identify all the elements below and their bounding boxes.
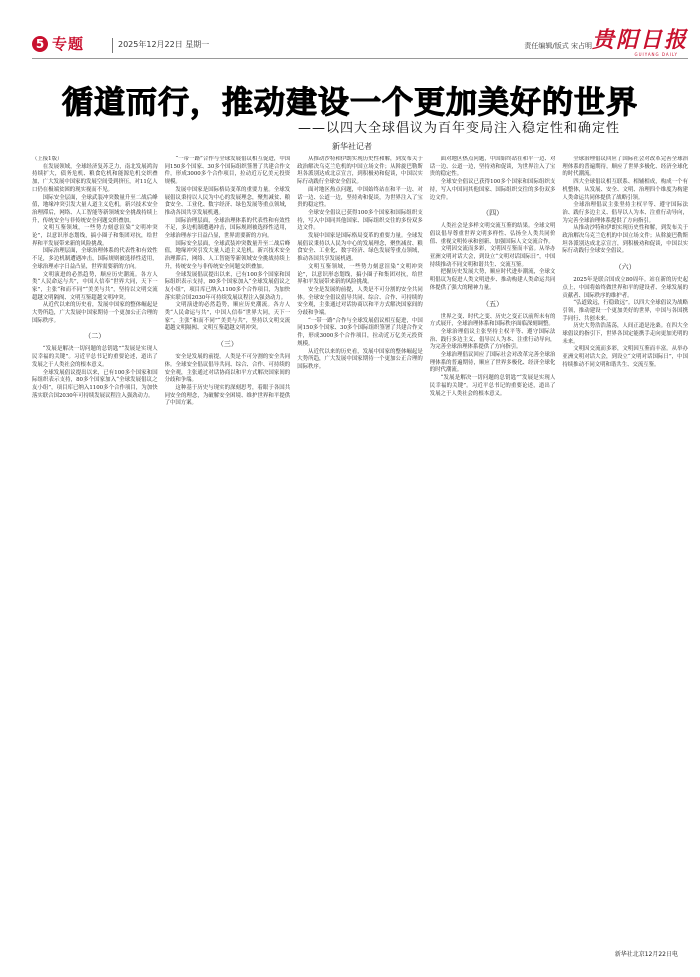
paragraph: “一带一路”合作与全球发展倡议相互促进，中国同150多个国家、30多个国际组织签… <box>297 318 423 349</box>
paragraph: 安全是发展的前提，人类是不可分割的安全共同体。全球安全倡议倡导共同、综合、合作、… <box>297 287 423 318</box>
paragraph: 面对地区热点问题，中国始终站在和平一边、对话一边、公道一边，坚持劝和促谈，为世界… <box>430 156 556 179</box>
continued-from-label: （上接1版） <box>32 156 158 164</box>
header-divider <box>112 38 113 53</box>
paragraph: 文明因交流而多彩，文明因互鉴而丰富。从举办亚洲文明对话大会，到设立“文明对话国际… <box>562 346 688 369</box>
section-title: 专题 <box>52 35 84 53</box>
paragraph: 全球发展倡议提出以来，已有100多个国家和国际组织表示支持，80多个国家加入“全… <box>32 370 158 401</box>
paragraph: 全球治理倡议主张坚持主权平等、遵守国际法治、践行多边主义、倡导以人为本、注重行动… <box>430 329 556 352</box>
page-number-badge: 5 <box>32 36 48 52</box>
paragraph: 国际治理层面，全球治理体系的代表性和有效性不足，多边机制遭遇冲击，国际规则被选择… <box>32 248 158 271</box>
newspaper-logo: 贵阳日报 <box>592 28 688 52</box>
paragraph: “发展是解决一切问题的总钥匙”“发展是实现人民幸福的关键”。习近平总书记的重要论… <box>430 375 556 398</box>
text-column-3: 从推动沙特和伊朗实现历史性和解，到发布关于政治解决乌克兰危机的中国立场文件；从斡… <box>297 156 423 953</box>
paragraph: 全球治理倡议回应了国际社会对改革完善全球治理体系的普遍期待，顺应了世界多极化、经… <box>562 156 688 179</box>
section-marker-5: （五） <box>430 296 556 312</box>
paragraph: 国际安全层面，全球武装冲突数量升至二战后峰值，地缘冲突引发大量人道主义危机。新兴… <box>32 195 158 226</box>
paragraph: 全球治理倡议主张坚持主权平等、遵守国际法治、践行多边主义、倡导以人为本、注重行动… <box>562 202 688 225</box>
section-marker-3: （三） <box>165 336 291 352</box>
article-body: （上接1版） 在发展领域，全球经济复苏乏力，南北发展鸿沟持续扩大，债务危机、粮食… <box>32 156 688 953</box>
paragraph: “一带一路”合作与全球发展倡议相互促进，中国同150多个国家、30多个国际组织签… <box>165 156 291 187</box>
paragraph: 安全是发展的前提，人类是不可分割的安全共同体。全球安全倡议倡导共同、综合、合作、… <box>165 354 291 385</box>
paragraph: 2025年是联合国成立80周年。站在新的历史起点上，中国将始终做世界和平的建设者… <box>562 277 688 300</box>
section-marker-2: （二） <box>32 328 158 344</box>
article-headline: 循道而行，推动建设一个更加美好的世界 <box>0 84 700 122</box>
text-column-2: “一带一路”合作与全球发展倡议相互促进，中国同150多个国家、30多个国际组织签… <box>165 156 291 953</box>
paragraph: 文明因交流而多彩，文明因互鉴而丰富。从举办亚洲文明对话大会，到设立“文明对话国际… <box>430 246 556 269</box>
text-column-5: 全球治理倡议回应了国际社会对改革完善全球治理体系的普遍期待，顺应了世界多极化、经… <box>562 156 688 953</box>
paragraph: 文明互鉴领域，一些势力刻意渲染“文明冲突论”，以意识形态划线，搞小圈子和集团对抗… <box>32 225 158 248</box>
paragraph: 从推动沙特和伊朗实现历史性和解，到发布关于政治解决乌克兰危机的中国立场文件；从斡… <box>297 156 423 187</box>
paragraph: 面对地区热点问题，中国始终站在和平一边、对话一边、公道一边，坚持劝和促谈，为世界… <box>297 187 423 210</box>
article-subheadline: ——以四大全球倡议为百年变局注入稳定性和确定性 <box>0 120 620 138</box>
section-marker-6: （六） <box>562 259 688 275</box>
issue-date: 2025年12月22日 星期一 <box>118 40 209 50</box>
paragraph: 全球发展倡议提出以来，已有100多个国家和国际组织表示支持，80多个国家加入“全… <box>165 272 291 303</box>
article-byline: 新华社记者 <box>332 142 372 152</box>
paragraph: “弘道致远，行稳致远”。以四大全球倡议为战略引领，推动建设一个更加美好的世界，中… <box>562 300 688 323</box>
paragraph: 从近代以来的历史看，发展中国家的整体崛起是大势所趋，广大发展中国家期待一个更加公… <box>32 302 158 325</box>
paragraph: “发展是解决一切问题的总钥匙”“发展是实现人民幸福的关键”。习近平总书记的重要论… <box>32 346 158 369</box>
paragraph: 发展中国家是国际格局变革的重要力量。全球发展倡议秉持以人民为中心的发展理念，聚焦… <box>297 233 423 264</box>
paragraph: 国际安全层面，全球武装冲突数量升至二战后峰值，地缘冲突引发大量人道主义危机。新兴… <box>165 241 291 272</box>
paragraph: 文明演进的必然趋势，顺应历史潮流。各方人类“人民命运与共”，中国人信奉“世界大同… <box>32 272 158 303</box>
paragraph: 全球安全倡议已获得100多个国家和国际组织支持，写入中国同其他国家、国际组织交往… <box>430 179 556 202</box>
paragraph: 世界之变、时代之变、历史之变正以前所未有的方式展开，全球治理体系和国际秩序面临深… <box>430 314 556 329</box>
paragraph: 把握历史发展大势，顺应时代进步潮流，全球文明倡议为促进人类文明进步、推动构建人类… <box>430 269 556 292</box>
article-dateline: 新华社北京12月22日电 <box>615 951 678 959</box>
text-column-4: 面对地区热点问题，中国始终站在和平一边、对话一边、公道一边，坚持劝和促谈，为世界… <box>430 156 556 953</box>
section-marker-4: （四） <box>430 205 556 221</box>
paragraph: 全球安全倡议已获得100多个国家和国际组织支持，写入中国同其他国家、国际组织交往… <box>297 210 423 233</box>
paragraph: 在发展领域，全球经济复苏乏力，南北发展鸿沟持续扩大，债务危机、粮食危机和能源危机… <box>32 164 158 195</box>
paragraph: 历史大势浩浩荡荡，人间正道是沧桑。在四大全球倡议的指引下，世界各国定能携手走向更… <box>562 323 688 346</box>
paragraph: 这种基于历史与现实的深刻思考，着眼于各国共同安全的理念，为破解安全困境、维护世界… <box>165 385 291 408</box>
paragraph: 人类社会是多样文明交流互鉴的结果。全球文明倡议倡导尊重世界文明多样性、弘扬全人类… <box>430 223 556 246</box>
paragraph: 国际治理层面，全球治理体系的代表性和有效性不足，多边机制遭遇冲击，国际规则被选择… <box>165 218 291 241</box>
paragraph: 从推动沙特和伊朗实现历史性和解，到发布关于政治解决乌克兰危机的中国立场文件；从斡… <box>562 225 688 256</box>
paragraph: 文明互鉴领域，一些势力刻意渲染“文明冲突论”，以意识形态划线，搞小圈子和集团对抗… <box>297 264 423 287</box>
text-column-1: （上接1版） 在发展领域，全球经济复苏乏力，南北发展鸿沟持续扩大，债务危机、粮食… <box>32 156 158 953</box>
paragraph: 全球治理倡议回应了国际社会对改革完善全球治理体系的普遍期待，顺应了世界多极化、经… <box>430 352 556 375</box>
masthead: 5 专题 2025年12月22日 星期一 责任编辑/版式 宋占明 贵阳日报 GU… <box>32 36 688 59</box>
paragraph: 文明演进的必然趋势，顺应历史潮流。各方人类“人民命运与共”，中国人信奉“世界大同… <box>165 302 291 333</box>
paragraph: 发展中国家是国际格局变革的重要力量。全球发展倡议秉持以人民为中心的发展理念，聚焦… <box>165 187 291 218</box>
paragraph: 从近代以来的历史看，发展中国家的整体崛起是大势所趋，广大发展中国家期待一个更加公… <box>297 349 423 372</box>
newspaper-logo-latin: GUIYANG DAILY <box>634 52 678 57</box>
paragraph: 四大全球倡议相互联系、相辅相成，构成一个有机整体，从发展、安全、文明、治理四个维… <box>562 179 688 202</box>
editor-credit: 责任编辑/版式 宋占明 <box>524 41 592 51</box>
